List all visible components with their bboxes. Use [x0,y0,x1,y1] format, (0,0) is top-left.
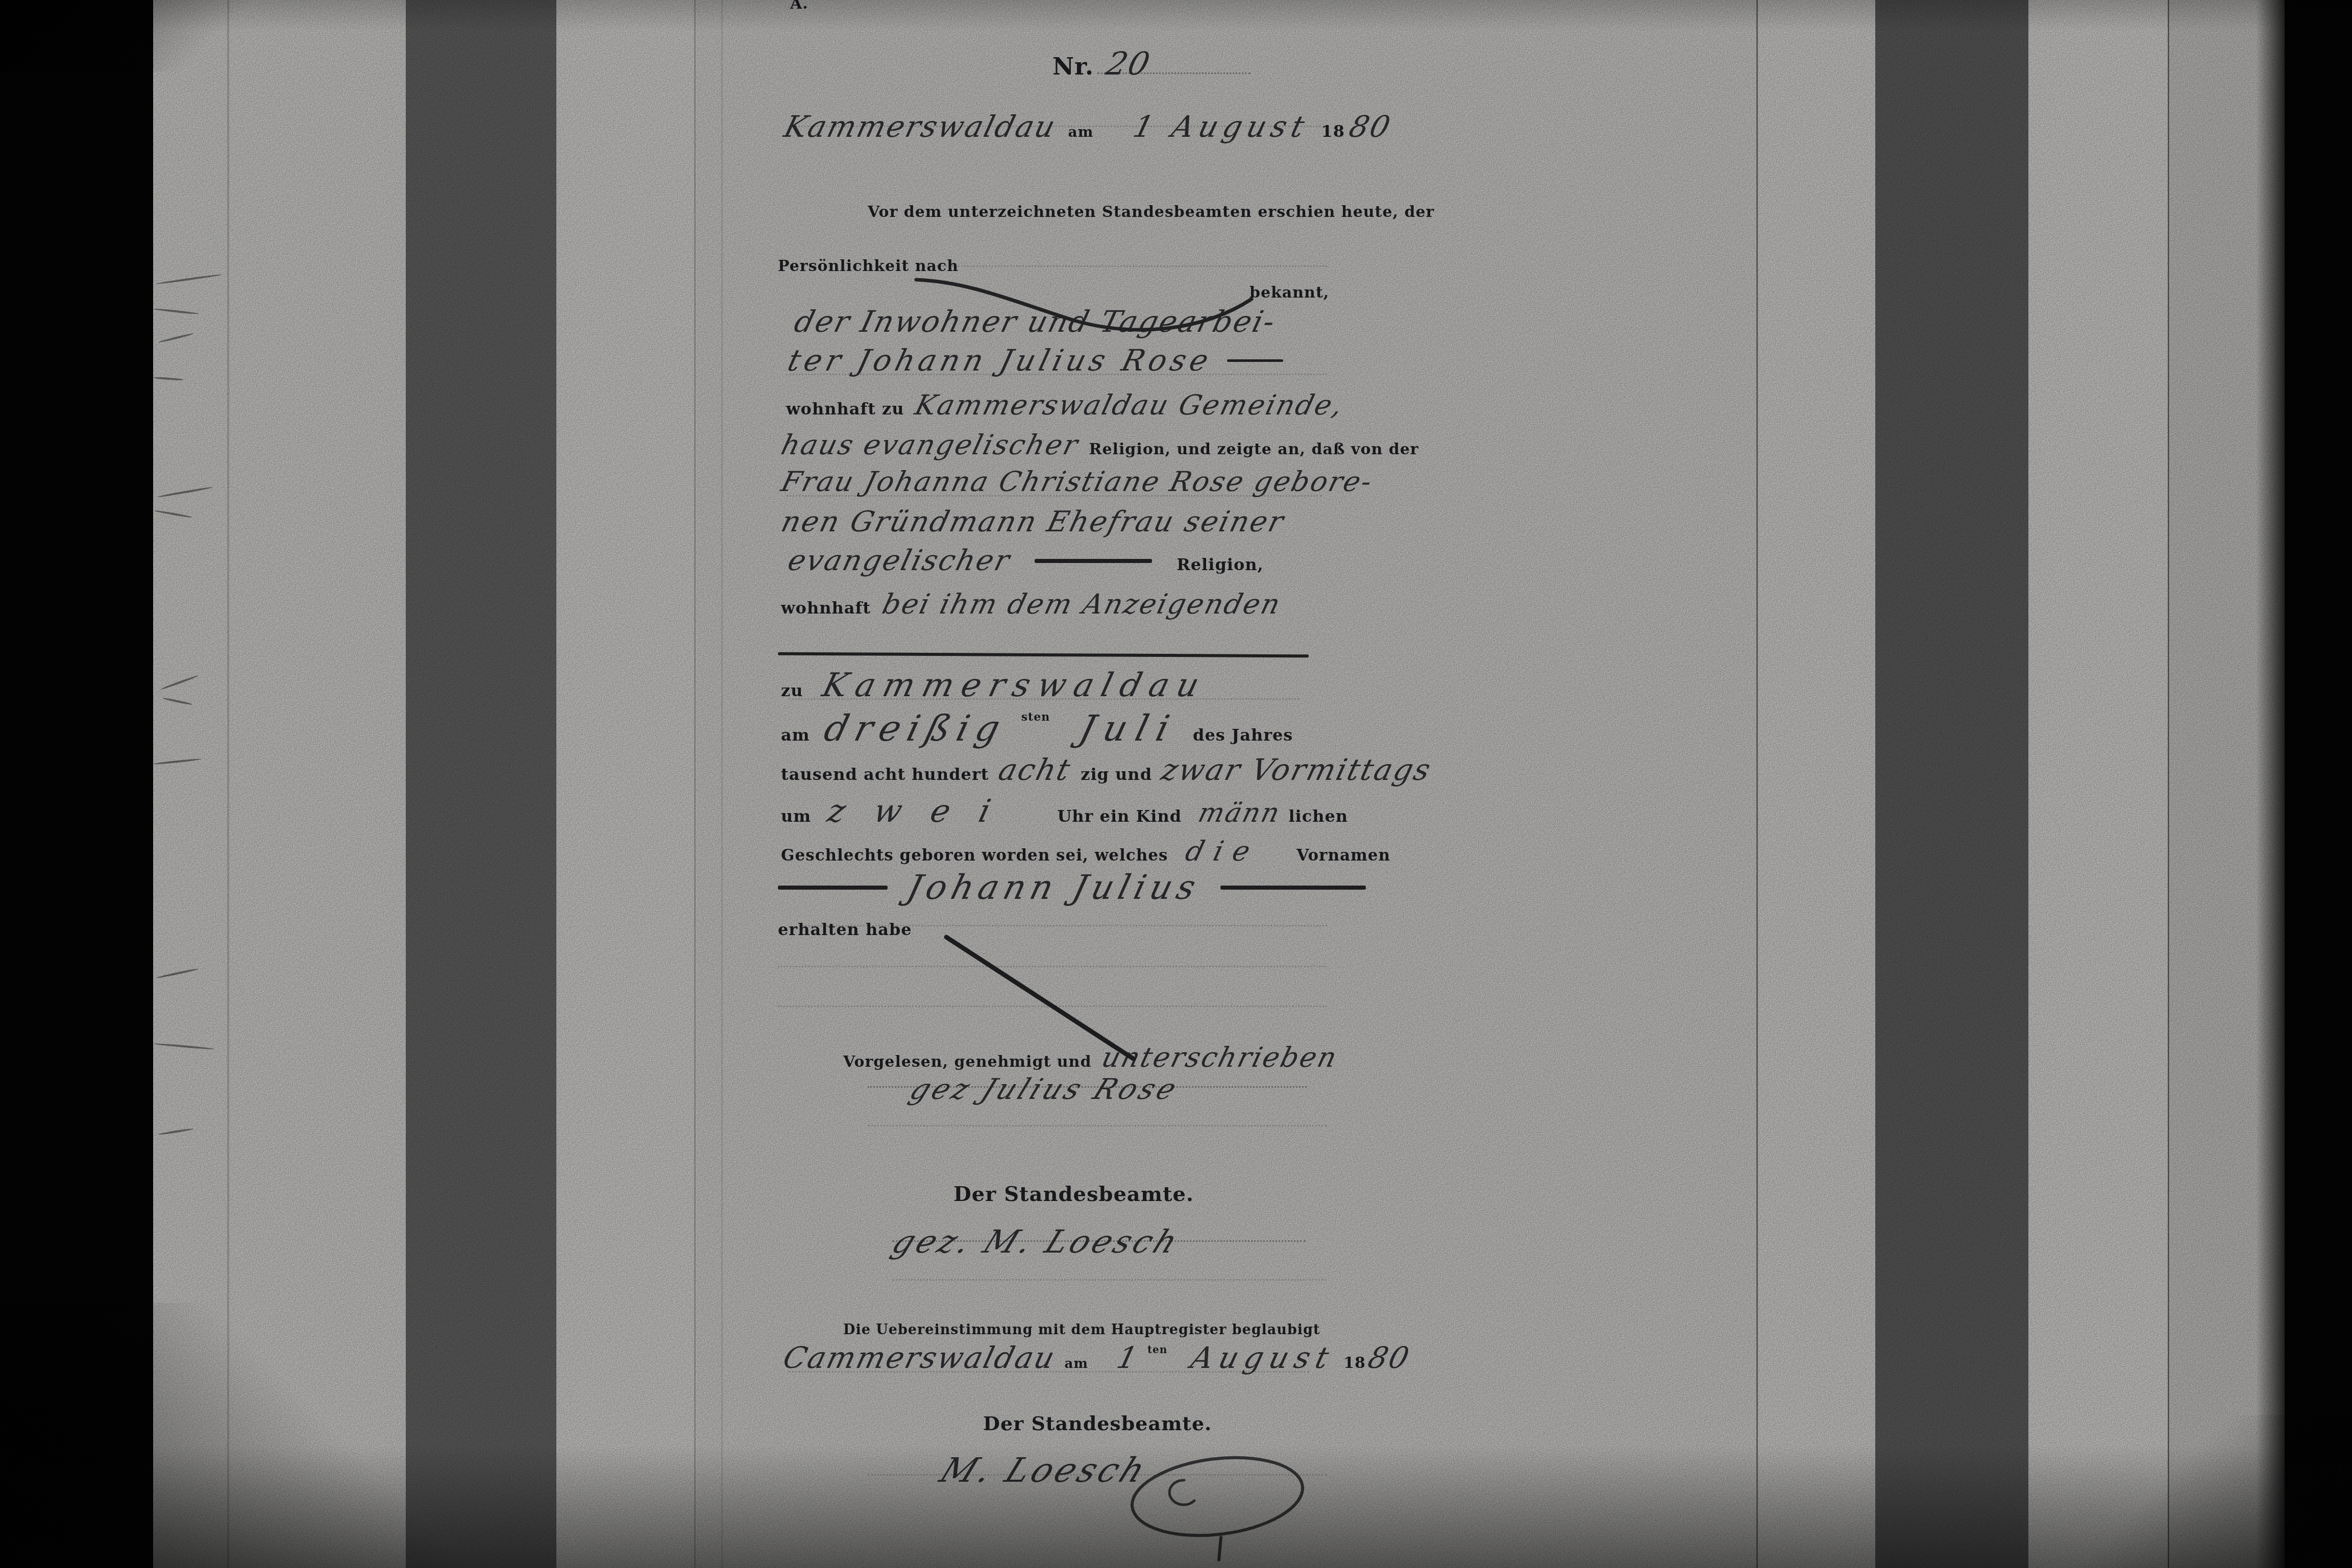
microfilm-scan: A. Nr. 20 Kammerswaldau am 1 August 18 8… [0,0,2352,1568]
film-grain-overlay [0,0,2352,1568]
